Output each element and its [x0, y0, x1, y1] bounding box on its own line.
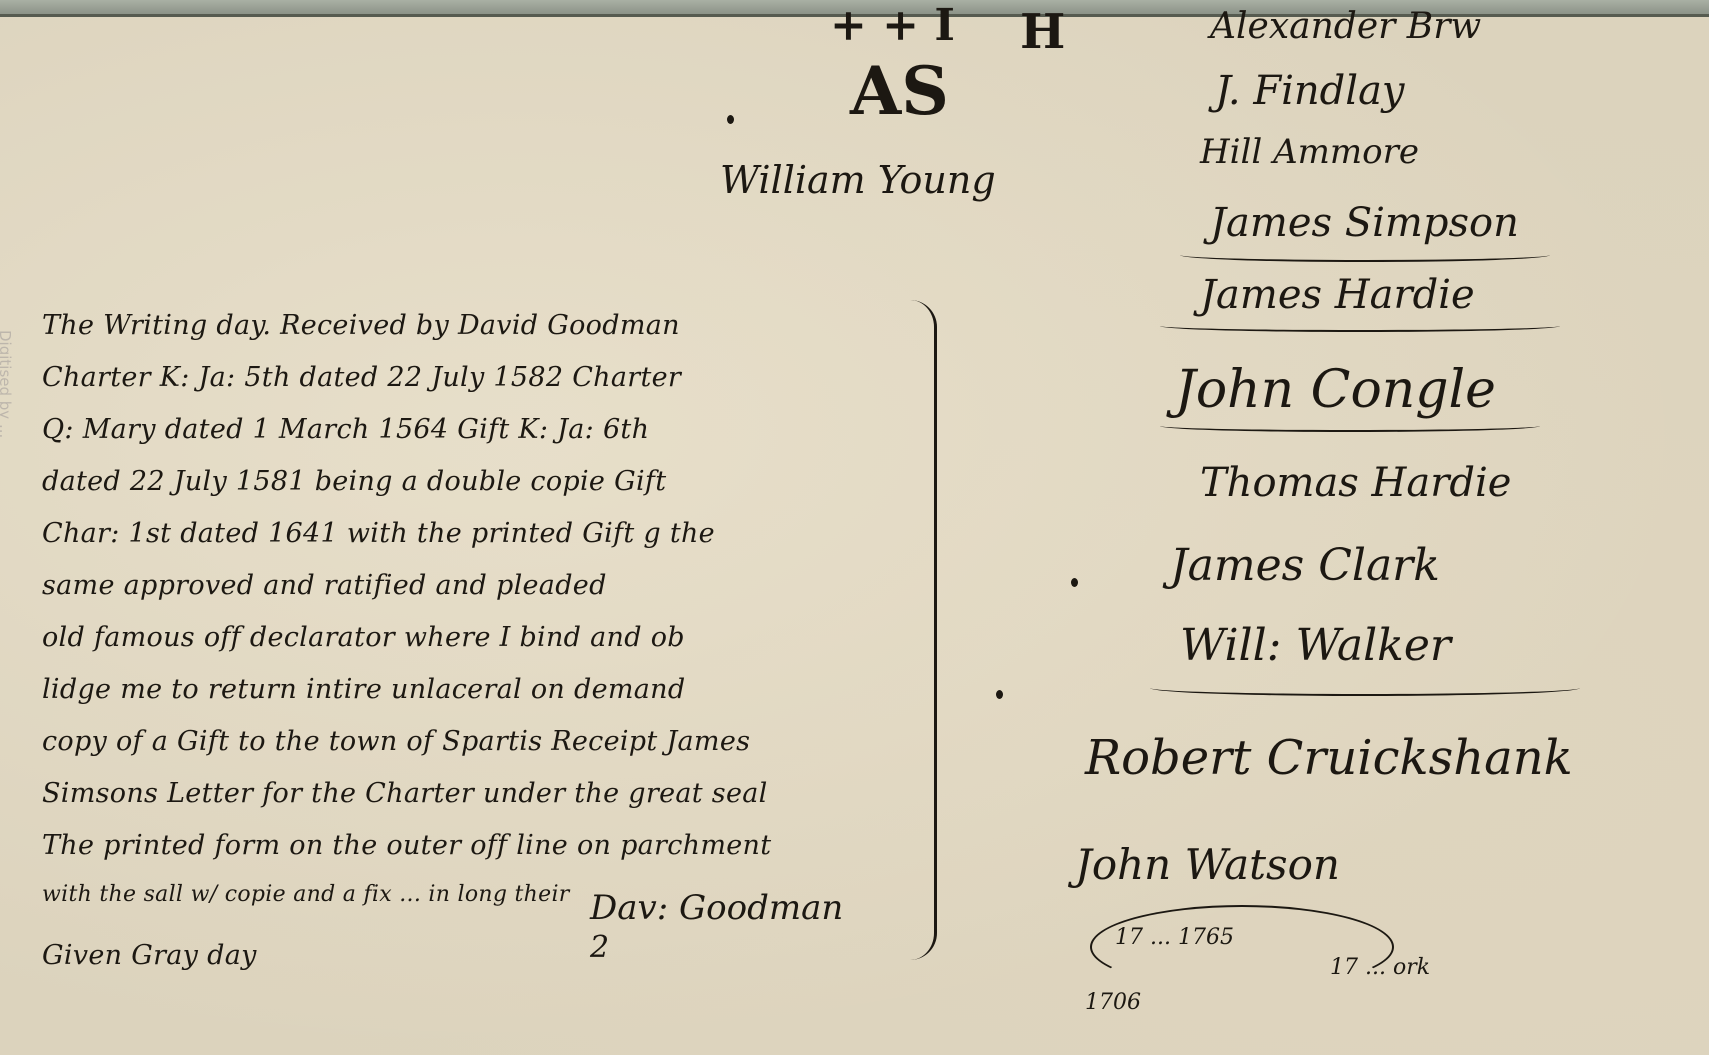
ink-dot: [727, 115, 734, 124]
signature: John Congle: [1175, 360, 1496, 420]
cross-mark: + + I: [830, 0, 955, 51]
body-line: The printed form on the outer off line o…: [42, 830, 771, 861]
body-line: with the sall w/ copie and a fix ... in …: [42, 882, 570, 907]
body-line: Charter K: Ja: 5th dated 22 July 1582 Ch…: [42, 362, 681, 393]
vertical-watermark: Digitised by ...: [0, 330, 14, 438]
signature: John Watson: [1075, 840, 1340, 889]
signature: James Simpson: [1210, 200, 1519, 246]
body-line: Given Gray day: [42, 940, 257, 971]
date-fragment: 1706: [1085, 990, 1141, 1015]
signature-flourish: [1160, 320, 1560, 332]
body-line: Char: 1st dated 1641 with the printed Gi…: [42, 518, 715, 549]
body-signature-mark: 2: [590, 930, 609, 965]
signature-top-right: Alexander Brw: [1210, 6, 1481, 47]
h-mark: H: [1020, 4, 1065, 60]
signature: J. Findlay: [1215, 68, 1405, 114]
seal-note: 17 ... 1765: [1115, 925, 1234, 950]
bracket-line: [910, 300, 937, 960]
signature-flourish: [1150, 680, 1580, 696]
body-line: copy of a Gift to the town of Spartis Re…: [42, 726, 750, 757]
signature-flourish: [1160, 420, 1540, 432]
body-signature: Dav: Goodman: [590, 888, 843, 928]
signature: Hill Ammore: [1200, 132, 1419, 172]
signature: William Young: [720, 158, 996, 202]
body-line: old famous off declarator where I bind a…: [42, 622, 685, 653]
initials-mark: AS: [850, 52, 949, 130]
body-line: Q: Mary dated 1 March 1564 Gift K: Ja: 6…: [42, 414, 649, 445]
ink-dot: [1071, 578, 1078, 587]
signature: Robert Cruickshank: [1085, 730, 1573, 786]
body-line: lidge me to return intire unlaceral on d…: [42, 674, 685, 705]
ink-dot: [996, 690, 1003, 699]
body-line: same approved and ratified and pleaded: [42, 570, 607, 601]
signature: James Hardie: [1200, 272, 1475, 318]
body-line: dated 22 July 1581 being a double copie …: [42, 466, 666, 497]
signature: Thomas Hardie: [1200, 460, 1511, 506]
signature-flourish: [1180, 248, 1550, 262]
body-line: Simsons Letter for the Charter under the…: [42, 778, 768, 809]
signature: Will: Walker: [1180, 620, 1451, 671]
body-line: The Writing day. Received by David Goodm…: [42, 310, 680, 341]
signature: James Clark: [1170, 540, 1440, 591]
right-fragment: 17 ... ork: [1330, 955, 1430, 980]
